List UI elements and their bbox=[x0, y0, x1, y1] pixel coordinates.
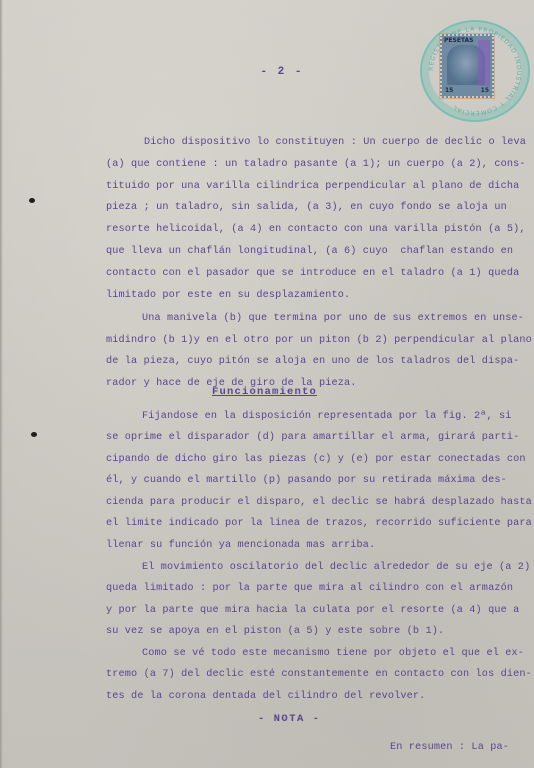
page-edge-shadow bbox=[0, 0, 3, 768]
text-line: Fijandose en la disposición representada… bbox=[142, 411, 512, 423]
text-line: tremo (a 7) del declic esté constantemen… bbox=[106, 669, 532, 681]
text-line: Como se vé todo este mecanismo tiene por… bbox=[142, 648, 524, 660]
stamp-cancellation-mark bbox=[478, 40, 490, 86]
text-line: llenar su función ya mencionada mas arri… bbox=[106, 540, 375, 552]
punch-hole bbox=[31, 432, 37, 437]
text-line: se oprime el disparador (d) para amartil… bbox=[106, 432, 519, 444]
text-line: pieza ; un taladro, sin salida, (a 3), e… bbox=[106, 202, 507, 214]
stamp-denomination-label: PESETAS bbox=[444, 37, 474, 44]
text-line: Una manivela (b) que termina por uno de … bbox=[142, 313, 524, 325]
page-number: - 2 - bbox=[0, 66, 534, 78]
text-line: su vez se apoya en el piston (a 5) y est… bbox=[106, 626, 444, 638]
closing-text-line: En resumen : La pa- bbox=[390, 742, 509, 754]
text-line: Dicho dispositivo lo constituyen : Un cu… bbox=[144, 137, 526, 149]
section-heading-nota: - NOTA - bbox=[258, 713, 320, 725]
text-line: cipando de dicho giro las piezas (c) y (… bbox=[106, 454, 526, 466]
text-line: El movimiento oscilatorio del declic alr… bbox=[142, 562, 530, 574]
stamp-value-right: 15 bbox=[481, 87, 489, 94]
punch-hole bbox=[29, 198, 35, 203]
text-line: midindro (b 1)y en el otro por un piton … bbox=[106, 335, 532, 347]
text-line: de la pieza, cuyo pitón se aloja en uno … bbox=[106, 356, 519, 368]
text-line: resorte helicoidal, (a 4) en contacto co… bbox=[106, 224, 526, 236]
text-line: el limite indicado por la linea de trazo… bbox=[106, 518, 532, 530]
text-line: que lleva un chaflán longitudinal, (a 6)… bbox=[106, 246, 513, 258]
text-line: limitado por este en su desplazamiento. bbox=[106, 290, 350, 302]
text-line: y por la parte que mira hacia la culata … bbox=[106, 605, 519, 617]
section-heading-funcionamiento: Funcionamiento bbox=[212, 386, 317, 398]
text-line: contacto con el pasador que se introduce… bbox=[106, 268, 519, 280]
text-line: (a) que contiene : un taladro pasante (a… bbox=[106, 159, 526, 171]
text-line: tes de la corona dentada del cilindro de… bbox=[106, 691, 425, 703]
stamp-value-left: 15 bbox=[445, 87, 453, 94]
document-page: REGISTRO DE LA PROPIEDAD INDUSTRIAL Y CO… bbox=[0, 0, 534, 768]
text-line: queda limitado : por la parte que mira a… bbox=[106, 583, 513, 595]
text-line: él, y cuando el martillo (p) pasando por… bbox=[106, 475, 507, 487]
text-line: cienda para producir el disparo, el decl… bbox=[106, 497, 532, 509]
text-line: tituido por una varilla cilindrica perpe… bbox=[106, 181, 519, 193]
